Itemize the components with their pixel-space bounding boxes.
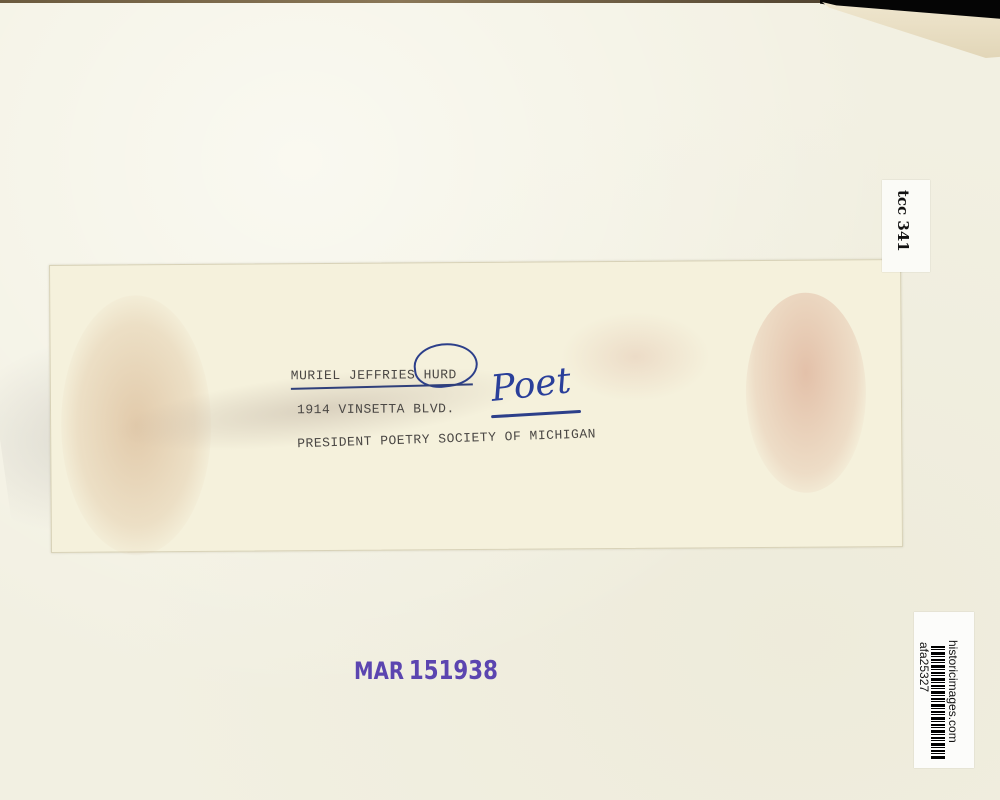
- caption-name: MURIEL JEFFRIES HURD: [291, 367, 457, 383]
- barcode-icon: [931, 646, 945, 760]
- date-stamp: MAR151938: [354, 656, 498, 686]
- barcode-label: historicimages.com afa25327: [914, 612, 974, 768]
- photo-back: MURIEL JEFFRIES HURD 1914 VINSETTA BLVD.…: [0, 0, 1000, 800]
- stamp-day: 15: [409, 656, 439, 686]
- stamp-month: MAR: [354, 657, 404, 685]
- barcode-site: historicimages.com: [946, 640, 960, 743]
- catalog-number: tcc 341: [894, 190, 912, 252]
- catalog-label: tcc 341: [882, 180, 930, 272]
- stamp-year: 1938: [439, 656, 498, 686]
- barcode-code: afa25327: [917, 642, 931, 692]
- glue-stain: [560, 311, 711, 402]
- handwritten-note: Poet: [489, 360, 573, 410]
- note-underline: [491, 410, 581, 418]
- caption-strip: MURIEL JEFFRIES HURD 1914 VINSETTA BLVD.…: [49, 259, 903, 553]
- bleed-through-portrait: [745, 292, 866, 493]
- caption-address: 1914 VINSETTA BLVD.: [297, 401, 455, 417]
